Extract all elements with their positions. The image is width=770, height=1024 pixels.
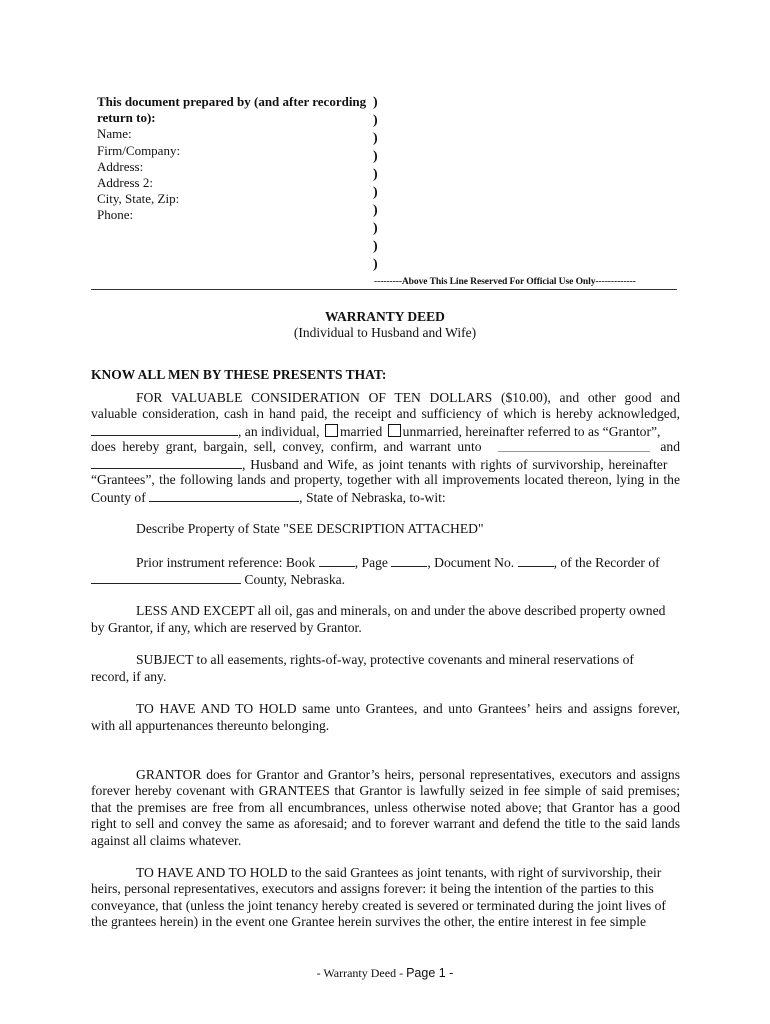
- paren: ): [373, 220, 378, 238]
- consideration-line-7: County of , State of Nebraska, to-wit:: [91, 489, 680, 506]
- county-blank[interactable]: [149, 489, 299, 502]
- subject-to-line-1: SUBJECT to all easements, rights-of-way,…: [91, 652, 680, 668]
- grantor-covenant-line-4: right to sell and convey the same as afo…: [91, 816, 680, 832]
- grantor-covenant-line-1: GRANTOR does for Grantor and Grantor’s h…: [91, 767, 680, 783]
- married-checkbox[interactable]: [325, 424, 338, 437]
- paren: ): [373, 238, 378, 256]
- paren: ): [373, 202, 378, 220]
- subject-to-line-2: record, if any.: [91, 669, 680, 685]
- paren: ): [373, 184, 378, 202]
- less-except-line-1: LESS AND EXCEPT all oil, gas and mineral…: [91, 603, 680, 619]
- field-city-state-zip-label: City, State, Zip:: [97, 191, 366, 207]
- paren: ): [373, 94, 378, 112]
- know-all-heading: KNOW ALL MEN BY THESE PRESENTS THAT:: [91, 367, 386, 383]
- habendum-1-line-1: TO HAVE AND TO HOLD same unto Grantees, …: [91, 701, 680, 717]
- consideration-line-2: valuable consideration, cash in hand pai…: [91, 406, 680, 422]
- consideration-line-3: , an individual, married unmarried, here…: [91, 423, 680, 440]
- page-blank[interactable]: [391, 554, 427, 567]
- paren: ): [373, 148, 378, 166]
- recorder-county-blank[interactable]: [91, 571, 241, 584]
- habendum-2-line-4: the grantees herein) in the event one Gr…: [91, 914, 680, 930]
- grantor-covenant-line-2: forever hereby covenant with GRANTEES th…: [91, 783, 680, 799]
- field-name-label: Name:: [97, 126, 366, 142]
- document-title: WARRANTY DEED: [0, 309, 770, 325]
- paren: ): [373, 166, 378, 184]
- consideration-line-6: “Grantees”, the following lands and prop…: [91, 472, 680, 488]
- official-use-notice: ---------Above This Line Reserved For Of…: [374, 276, 636, 287]
- prior-instrument-line-2: County, Nebraska.: [91, 571, 680, 588]
- document-page: This document prepared by (and after rec…: [0, 0, 770, 1024]
- document-subtitle: (Individual to Husband and Wife): [0, 325, 770, 341]
- habendum-2-line-2: heirs, personal representatives, executo…: [91, 881, 680, 897]
- habendum-2-line-3: conveyance, that (unless the joint tenan…: [91, 898, 680, 914]
- document-no-blank[interactable]: [518, 554, 554, 567]
- prepared-by-heading-line1: This document prepared by (and after rec…: [97, 94, 366, 110]
- field-firm-label: Firm/Company:: [97, 143, 366, 159]
- describe-property: Describe Property of State "SEE DESCRIPT…: [91, 521, 680, 537]
- consideration-line-4: does hereby grant, bargain, sell, convey…: [91, 439, 680, 455]
- less-except-line-2: by Grantor, if any, which are reserved b…: [91, 620, 680, 636]
- unmarried-checkbox[interactable]: [388, 424, 401, 437]
- footer-page-number: Page 1 -: [406, 966, 453, 980]
- grantee1-name-blank[interactable]: [498, 439, 650, 452]
- footer-doc-name: - Warranty Deed -: [317, 966, 406, 980]
- consideration-line-1: FOR VALUABLE CONSIDERATION OF TEN DOLLAR…: [91, 390, 680, 406]
- paren: ): [373, 256, 378, 274]
- field-address-label: Address:: [97, 159, 366, 175]
- habendum-1-line-2: with all appurtenances thereunto belongi…: [91, 718, 680, 734]
- grantee2-name-blank[interactable]: [91, 456, 242, 469]
- prepared-by-heading-line2: return to):: [97, 110, 366, 126]
- paren: ): [373, 112, 378, 130]
- paren-column: ) ) ) ) ) ) ) ) ) ): [373, 94, 378, 274]
- habendum-2-line-1: TO HAVE AND TO HOLD to the said Grantees…: [91, 865, 680, 881]
- consideration-line-5: , Husband and Wife, as joint tenants wit…: [91, 456, 680, 473]
- grantor-name-blank[interactable]: [91, 423, 238, 436]
- page-footer: - Warranty Deed - Page 1 -: [0, 966, 770, 981]
- prior-instrument-line-1: Prior instrument reference: Book , Page …: [91, 554, 680, 571]
- prepared-by-block: This document prepared by (and after rec…: [97, 94, 366, 224]
- grantor-covenant-line-3: that the premises are free from all encu…: [91, 800, 680, 816]
- field-address2-label: Address 2:: [97, 175, 366, 191]
- grantor-covenant-line-5: against all claims whatever.: [91, 833, 680, 849]
- field-phone-label: Phone:: [97, 207, 366, 223]
- official-use-divider: [91, 289, 677, 290]
- paren: ): [373, 130, 378, 148]
- book-blank[interactable]: [319, 554, 355, 567]
